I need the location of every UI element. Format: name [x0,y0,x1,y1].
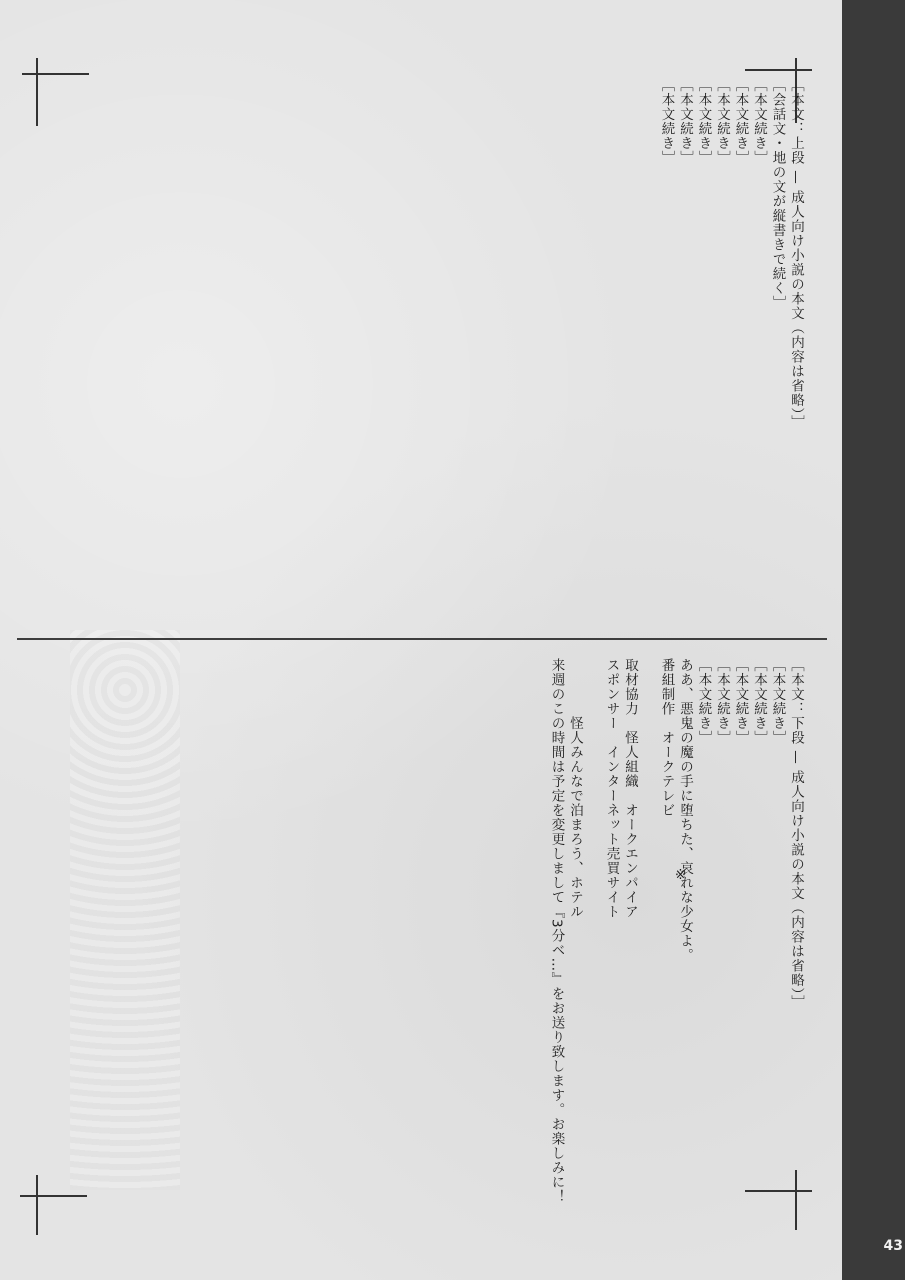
paragraph: ［本文続き］ [676,78,695,598]
credit-sponsor-2: 怪人みんなで泊まろう、ホテル [566,658,585,1218]
paragraph: ［本文続き］ [713,658,732,1218]
crop-mark-bottom-left-h [20,1195,87,1197]
paragraph: ［本文続き］ [713,78,732,598]
paragraph: ［本文続き］ [750,78,769,598]
page-number: 43 [884,1238,903,1254]
credit-cooperation: 取材協力 怪人組織 オークエンパイア [621,658,640,1218]
crop-mark-top-left-v [36,58,38,126]
crop-mark-top-left-h [22,73,89,75]
note-mark: ※ [675,868,686,883]
paragraph: ［本文続き］ [731,78,750,598]
paragraph: ［本文続き］ [657,78,676,598]
closing-line: ああ、悪鬼の魔の手に堕ちた、哀れな少女よ。 [676,658,695,1218]
lower-text-block: ［本文：下段 — 成人向け小説の本文（内容は省略）］ ［本文続き］ ［本文続き］… [125,658,805,1218]
next-week-announcement: 来週のこの時間は予定を変更しまして『3分ベ…』をお送り致します。お楽しみに！ [547,658,566,1218]
paragraph: ［本文続き］ [694,658,713,1218]
paragraph: ［本文続き］ [694,78,713,598]
credit-production: 番組制作 オークテレビ [657,658,676,1218]
paragraph: ［本文続き］ [750,658,769,1218]
page-edge-strip [842,0,905,1280]
paragraph: ［本文：上段 — 成人向け小説の本文（内容は省略）］ [787,78,806,598]
paragraph: ［会話文・地の文が縦書きで続く］ [768,78,787,598]
paragraph: ［本文：下段 — 成人向け小説の本文（内容は省略）］ [787,658,806,1218]
paragraph: ［本文続き］ [768,658,787,1218]
crop-mark-bottom-left-v [36,1175,38,1235]
section-divider [17,638,827,640]
crop-mark-top-right-h [745,69,812,71]
credit-sponsor: スポンサー インターネット売買サイト [602,658,621,1218]
upper-text-block: ［本文：上段 — 成人向け小説の本文（内容は省略）］ ［会話文・地の文が縦書きで… [105,78,805,598]
paragraph: ［本文続き］ [731,658,750,1218]
credits-block: 番組制作 オークテレビ 取材協力 怪人組織 オークエンパイア スポンサー インタ… [547,658,676,1218]
